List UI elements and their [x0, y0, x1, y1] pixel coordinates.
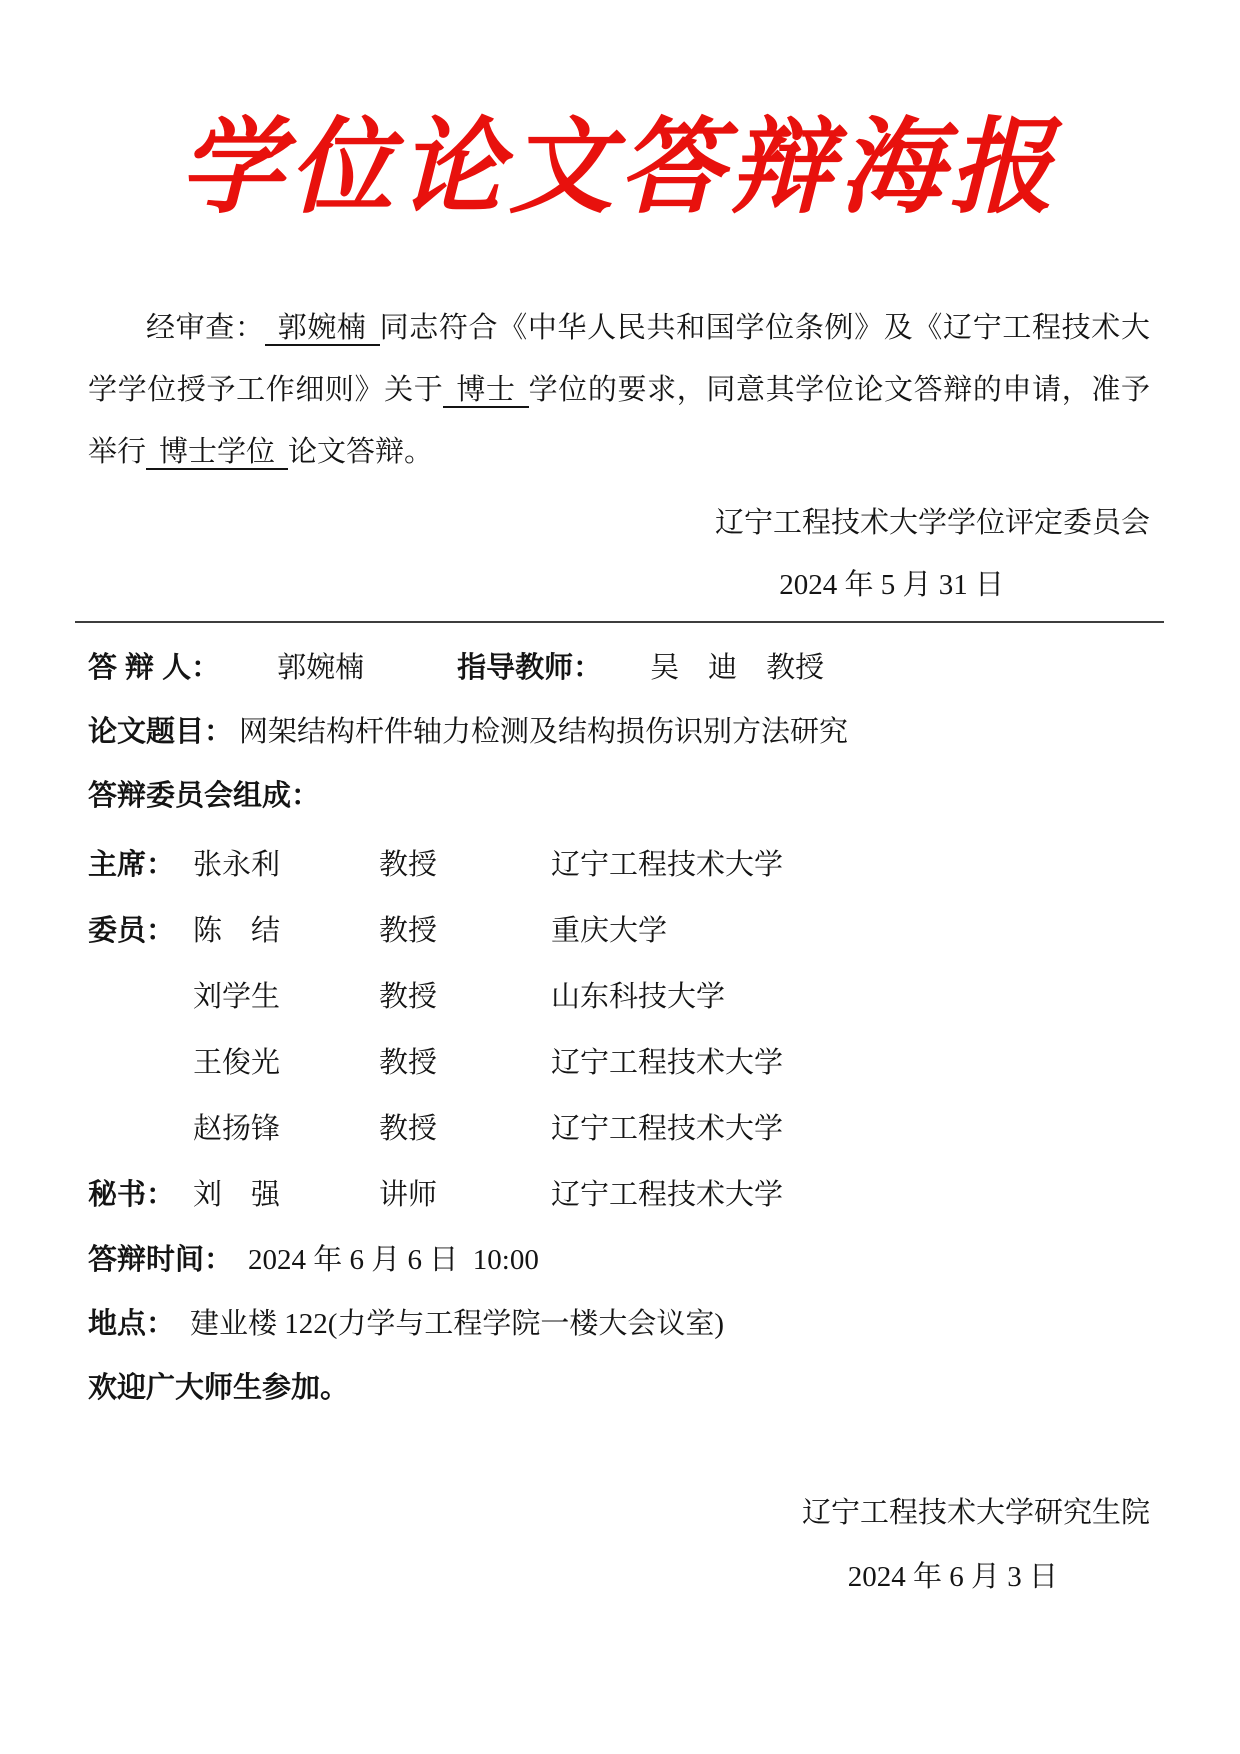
committee-member-affiliation: 辽宁工程技术大学	[551, 1096, 1150, 1162]
defense-time-value: 2024 年 6 月 6 日 10:00	[248, 1244, 539, 1276]
poster-title: 学位论文答辩海报	[88, 102, 1150, 235]
supervisor-name: 吴 迪 教授	[650, 652, 824, 684]
defense-time-label: 答辩时间：	[88, 1244, 233, 1276]
committee-member-affiliation: 重庆大学	[551, 898, 1150, 964]
thesis-title: 网架结构杆件轴力检测及结构损伤识别方法研究	[239, 716, 848, 748]
committee-member-title: 教授	[379, 898, 551, 964]
approval-line-3-prefix: 举行	[88, 436, 146, 468]
committee-member-name: 王俊光	[193, 1030, 379, 1096]
welcome-message: 欢迎广大师生参加。	[88, 1372, 349, 1404]
committee-row: 王俊光 教授 辽宁工程技术大学	[88, 1030, 1150, 1096]
footer-issuer: 辽宁工程技术大学研究生院	[88, 1482, 1150, 1544]
welcome-row: 欢迎广大师生参加。	[88, 1356, 1150, 1420]
committee-member-title: 教授	[379, 964, 551, 1030]
degree-name-blank: 博士学位	[146, 436, 288, 470]
defense-info-section: 答 辩 人：郭婉楠指导教师：吴 迪 教授 论文题目：网架结构杆件轴力检测及结构损…	[88, 636, 1150, 1420]
defender-row: 答 辩 人：郭婉楠指导教师：吴 迪 教授	[88, 636, 1150, 700]
committee-row: 秘书： 刘 强 讲师 辽宁工程技术大学	[88, 1162, 1150, 1228]
approval-line-2-prefix: 学学位授予工作细则》关于	[88, 374, 443, 406]
approval-paragraph: 经审查：郭婉楠同志符合《中华人民共和国学位条例》及《辽宁工程技术大 学学位授予工…	[88, 297, 1150, 483]
committee-role-label: 主席：	[88, 832, 193, 898]
venue-row: 地点：建业楼 122(力学与工程学院一楼大会议室)	[88, 1292, 1150, 1356]
committee-member-name: 赵扬锋	[193, 1096, 379, 1162]
committee-row: 刘学生 教授 山东科技大学	[88, 964, 1150, 1030]
approval-line-2: 学学位授予工作细则》关于博士学位的要求，同意其学位论文答辩的申请，准予	[88, 359, 1150, 421]
committee-row: 赵扬锋 教授 辽宁工程技术大学	[88, 1096, 1150, 1162]
committee-member-affiliation: 辽宁工程技术大学	[551, 1162, 1150, 1228]
committee-list: 主席： 张永利 教授 辽宁工程技术大学 委员： 陈 结 教授 重庆大学 刘学生 …	[88, 832, 1150, 1228]
committee-role-label	[88, 1096, 193, 1162]
thesis-title-row: 论文题目：网架结构杆件轴力检测及结构损伤识别方法研究	[88, 700, 1150, 764]
defense-poster-page: 学位论文答辩海报 经审查：郭婉楠同志符合《中华人民共和国学位条例》及《辽宁工程技…	[0, 0, 1240, 1754]
committee-member-title: 教授	[379, 832, 551, 898]
committee-row: 委员： 陈 结 教授 重庆大学	[88, 898, 1150, 964]
committee-member-name: 张永利	[193, 832, 379, 898]
approval-line-3: 举行博士学位论文答辩。	[88, 421, 1150, 483]
approval-line-1-suffix: 同志符合《中华人民共和国学位条例》及《辽宁工程技术大	[380, 312, 1150, 344]
footer-date: 2024 年 6 月 3 日	[88, 1546, 1150, 1608]
committee-member-affiliation: 山东科技大学	[551, 964, 1150, 1030]
committee-role-label: 委员：	[88, 898, 193, 964]
venue-value: 建业楼 122(力学与工程学院一楼大会议室)	[190, 1308, 724, 1340]
section-divider	[75, 621, 1164, 623]
supervisor-label: 指导教师：	[457, 652, 602, 684]
committee-member-title: 教授	[379, 1096, 551, 1162]
defense-time-row: 答辩时间：2024 年 6 月 6 日 10:00	[88, 1228, 1150, 1292]
committee-member-name: 刘学生	[193, 964, 379, 1030]
committee-member-affiliation: 辽宁工程技术大学	[551, 1030, 1150, 1096]
committee-member-name: 刘 强	[193, 1162, 379, 1228]
venue-label: 地点：	[88, 1308, 175, 1340]
approval-line-1-prefix: 经审查：	[146, 312, 265, 344]
thesis-label: 论文题目：	[88, 716, 233, 748]
defender-label: 答 辩 人：	[88, 652, 220, 684]
committee-role-label: 秘书：	[88, 1162, 193, 1228]
committee-member-affiliation: 辽宁工程技术大学	[551, 832, 1150, 898]
degree-type-blank: 博士	[443, 374, 528, 408]
approval-line-3-suffix: 论文答辩。	[288, 436, 433, 468]
committee-member-title: 讲师	[379, 1162, 551, 1228]
candidate-name-blank: 郭婉楠	[265, 312, 380, 346]
defender-name: 郭婉楠	[277, 652, 364, 684]
approval-line-2-suffix: 学位的要求，同意其学位论文答辩的申请，准予	[529, 374, 1150, 406]
committee-heading-row: 答辩委员会组成：	[88, 764, 1150, 828]
committee-row: 主席： 张永利 教授 辽宁工程技术大学	[88, 832, 1150, 898]
committee-role-label	[88, 964, 193, 1030]
committee-member-name: 陈 结	[193, 898, 379, 964]
approval-line-1: 经审查：郭婉楠同志符合《中华人民共和国学位条例》及《辽宁工程技术大	[88, 297, 1150, 359]
committee-role-label	[88, 1030, 193, 1096]
approval-date: 2024 年 5 月 31 日	[88, 554, 1150, 616]
committee-heading: 答辩委员会组成：	[88, 780, 320, 812]
committee-member-title: 教授	[379, 1030, 551, 1096]
committee-signature: 辽宁工程技术大学学位评定委员会	[88, 492, 1150, 554]
